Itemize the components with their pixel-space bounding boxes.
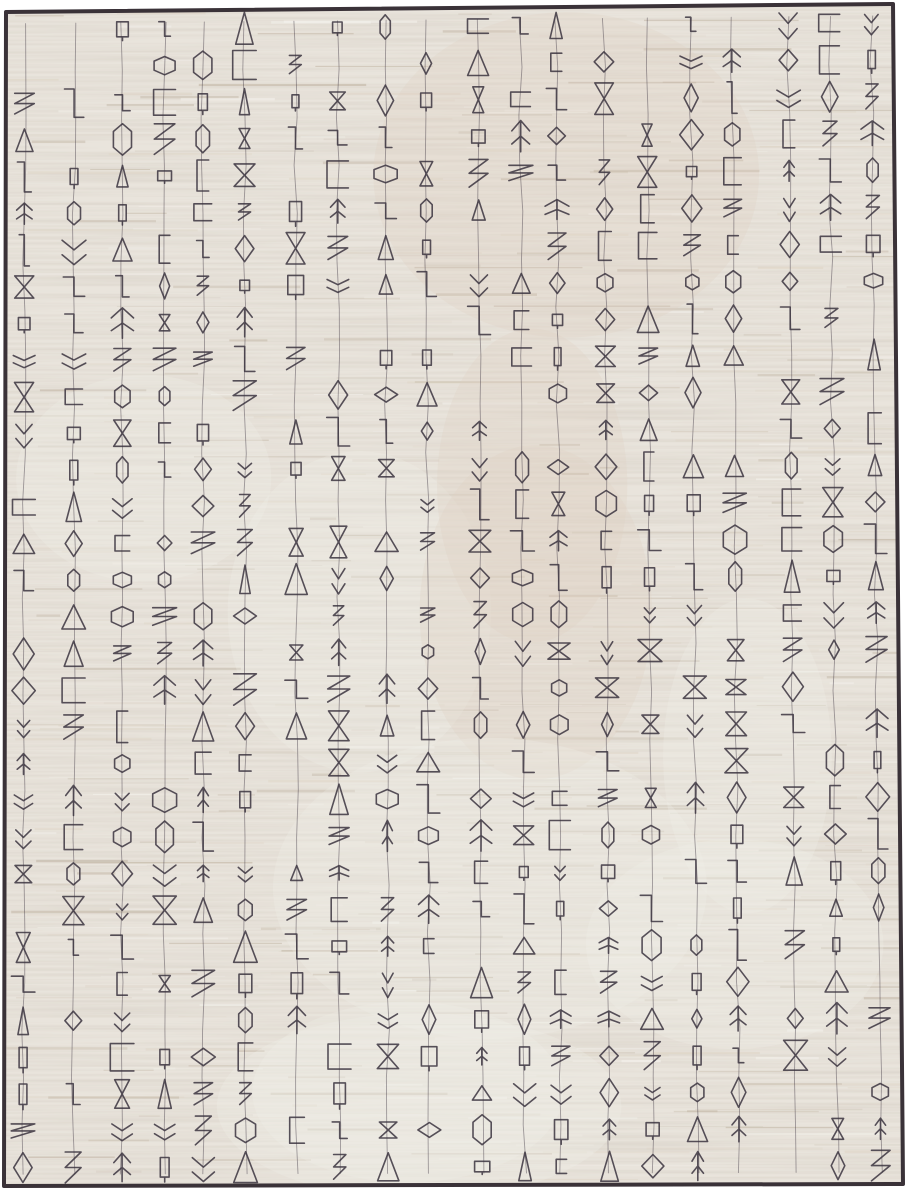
rug-body	[0, 0, 906, 1193]
rug-photo: Hand-knotted modern rug, ivory field wit…	[0, 0, 906, 1193]
rug-illustration	[0, 0, 906, 1193]
